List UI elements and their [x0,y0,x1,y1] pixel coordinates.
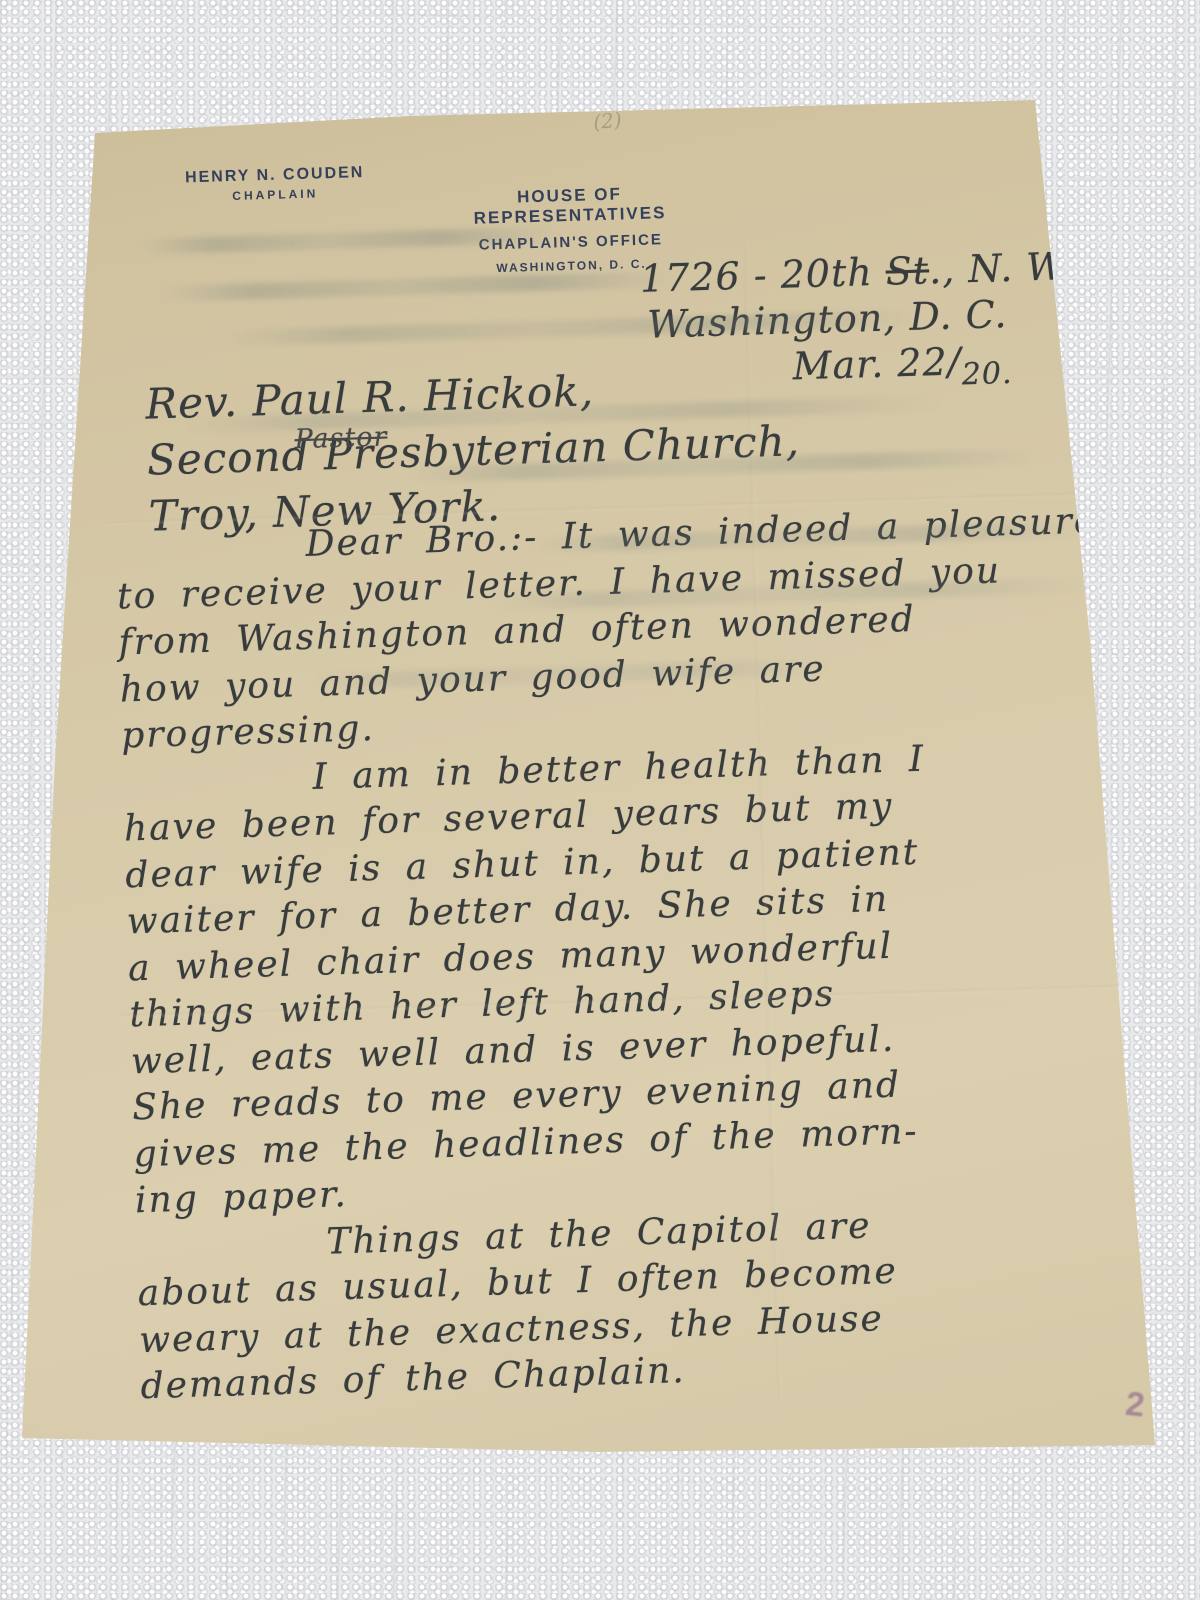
org-name: HOUSE OF REPRESENTATIVES [419,182,720,231]
letter-content: (2) HENRY N. COUDEN CHAPLAIN HOUSE OF RE… [95,90,1154,1460]
date-year: 20. [961,356,1013,392]
letter-date: Mar. 22/20. [792,335,1090,404]
sender-title: CHAPLAIN [155,184,395,205]
letter-paper: (2) HENRY N. COUDEN CHAPLAIN HOUSE OF RE… [0,0,1200,1600]
page-number-stamp: 2 [1124,1385,1147,1426]
photo-of-letter: (2) HENRY N. COUDEN CHAPLAIN HOUSE OF RE… [0,0,1200,1600]
letter-body: Dear Bro.:- It was indeed a pleasure to … [115,498,1141,1411]
pencil-note: (2) [592,107,623,134]
letterhead-sender-block: HENRY N. COUDEN CHAPLAIN [155,163,396,205]
struck-word: St [885,248,930,293]
bleed-through-mark [160,271,680,302]
